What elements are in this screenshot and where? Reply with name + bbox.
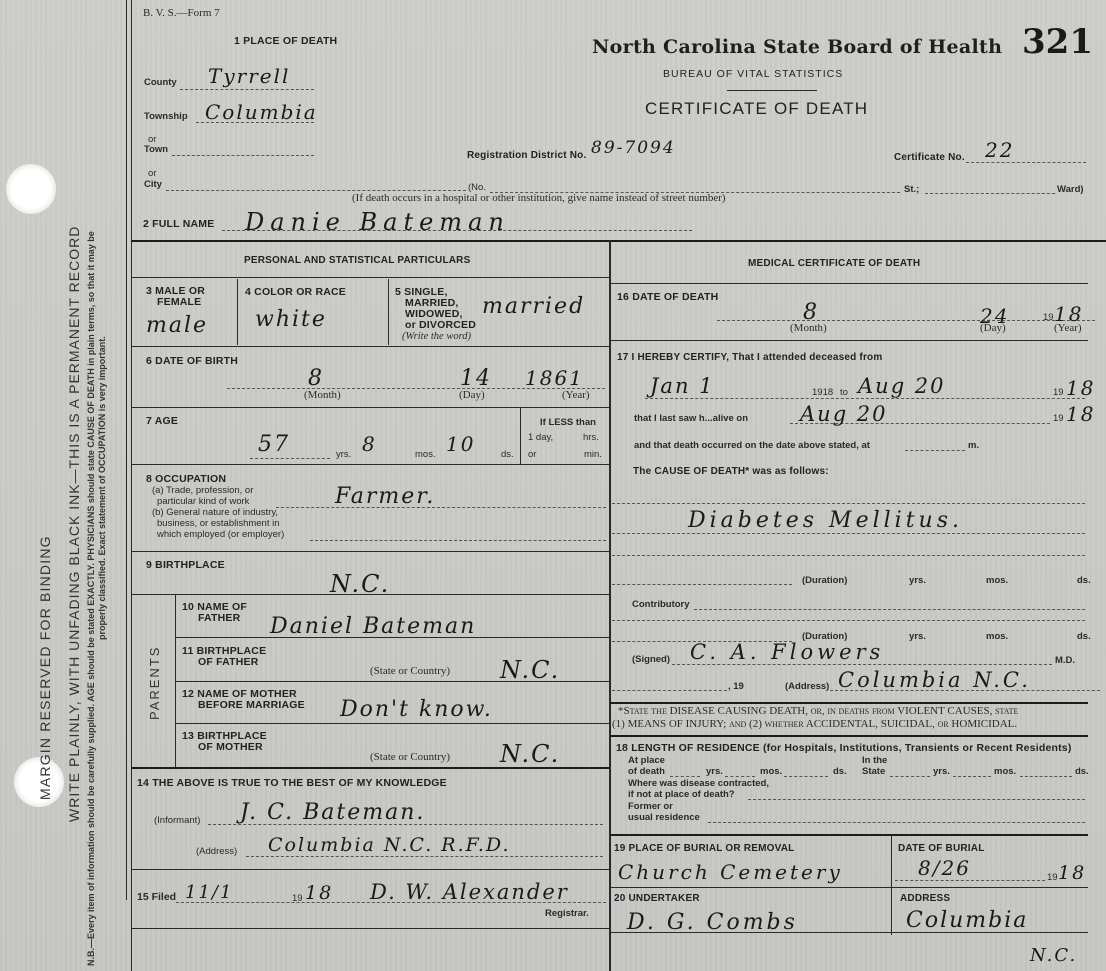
signed-line xyxy=(672,664,1052,665)
full-name-value[interactable]: Danie Bateman xyxy=(245,208,510,236)
duration-line-1 xyxy=(612,584,792,585)
occupation-b1: (b) General nature of industry, xyxy=(152,507,278,518)
ward-line xyxy=(925,193,1055,194)
marital-label-4: or DIVORCED xyxy=(405,319,476,331)
registration-district-value[interactable]: 89-7094 xyxy=(591,138,676,158)
marital-label-5: (Write the word) xyxy=(402,331,471,342)
father-name-value[interactable]: Daniel Bateman xyxy=(270,614,476,639)
at-place-yrs: yrs. xyxy=(706,766,723,777)
state-label: State xyxy=(862,766,885,777)
attended-to-year[interactable]: 18 xyxy=(1066,376,1095,400)
cause-line-3 xyxy=(612,555,1085,556)
parents-label: PARENTS xyxy=(147,646,162,720)
state-ds-line xyxy=(1020,776,1072,777)
write-plainly-text: WRITE PLAINLY, WITH UNFADING BLACK INK—T… xyxy=(66,226,82,822)
burial-date-line xyxy=(895,880,1045,881)
informant-value[interactable]: J. C. Bateman. xyxy=(240,800,425,825)
dod-line xyxy=(717,320,1095,321)
occupation-a2: particular kind of work xyxy=(157,496,249,507)
marital-value[interactable]: married xyxy=(482,294,585,319)
filed-label: 15 Filed xyxy=(137,892,176,903)
residence-label: 18 LENGTH OF RESIDENCE (for Hospitals, I… xyxy=(616,742,1072,754)
dob-day-caption: (Day) xyxy=(459,390,485,401)
informant-address-label: (Address) xyxy=(196,846,237,857)
frame-left-line-2 xyxy=(126,0,127,900)
to-label: to xyxy=(840,387,848,398)
rule-before-certify xyxy=(610,340,1088,341)
dob-year-caption: (Year) xyxy=(562,390,590,401)
undertaker-label: 20 UNDERTAKER xyxy=(614,893,700,905)
informant-address-line xyxy=(246,856,603,857)
cause-line-2 xyxy=(612,533,1085,534)
or-label: or xyxy=(528,449,536,460)
medical-header: MEDICAL CERTIFICATE OF DEATH xyxy=(748,258,920,270)
duration-label-1: (Duration) xyxy=(802,575,847,586)
bureau-label: BUREAU OF VITAL STATISTICS xyxy=(663,68,843,80)
race-value[interactable]: white xyxy=(255,307,327,332)
margin-note-line1: N.B.—Every item of information should be… xyxy=(86,231,96,966)
father-state-caption: (State or Country) xyxy=(370,666,450,677)
dob-year[interactable]: 1861 xyxy=(525,366,584,390)
certificate-no-line xyxy=(966,162,1086,163)
contributory-line-2 xyxy=(612,620,1085,621)
cause-line-1 xyxy=(612,503,1085,504)
filed-year-value[interactable]: 18 xyxy=(305,882,333,904)
less-than-label: If LESS than xyxy=(540,417,596,428)
town-label: Town xyxy=(144,144,168,155)
age-ds-label: ds. xyxy=(501,449,514,460)
st-label: St.; xyxy=(904,184,919,195)
contributory-line xyxy=(694,609,1085,610)
rule-personal-header xyxy=(131,277,609,278)
informant-label: (Informant) xyxy=(154,815,200,826)
occupation-b2: business, or establishment in xyxy=(157,518,280,529)
race-marital-divider xyxy=(388,279,389,345)
birthplace-label: 9 BIRTHPLACE xyxy=(146,559,225,571)
father-birthplace-label-2: OF FATHER xyxy=(198,656,259,668)
rule-father-birthplace xyxy=(176,637,609,638)
personal-header: PERSONAL AND STATISTICAL PARTICULARS xyxy=(244,255,470,267)
sex-value[interactable]: male xyxy=(146,313,208,338)
occupation-a1: (a) Trade, profession, or xyxy=(152,485,253,496)
father-name-label-2: FATHER xyxy=(198,612,240,624)
at-place-mos: mos. xyxy=(760,766,782,777)
last-saw-value[interactable]: Aug 20 xyxy=(800,402,888,426)
state-yrs-line xyxy=(890,776,930,777)
footnote-line1: *State the DISEASE CAUSING DEATH, or, in… xyxy=(618,706,1018,717)
at-place-1: At place xyxy=(628,755,665,766)
cause-value[interactable]: Diabetes Mellitus. xyxy=(688,508,963,533)
county-label: County xyxy=(144,77,177,88)
duration-ds-1: ds. xyxy=(1077,575,1091,586)
city-line xyxy=(166,190,466,191)
medical-address-label: (Address) xyxy=(785,681,829,692)
dod-month-caption: (Month) xyxy=(790,323,827,334)
contracted-line xyxy=(748,799,1085,800)
dob-label: 6 DATE OF BIRTH xyxy=(146,355,238,367)
margin-reserved-text: MARGIN RESERVED FOR BINDING xyxy=(37,535,53,800)
certificate-no-value[interactable]: 22 xyxy=(985,138,1014,162)
age-mos-label: mos. xyxy=(415,449,436,460)
last-saw-year-prefix: 19 xyxy=(1053,413,1064,424)
undertaker-address-value-2[interactable]: N.C. xyxy=(1030,945,1077,966)
state-yrs: yrs. xyxy=(933,766,950,777)
duration-yrs-1: yrs. xyxy=(909,575,926,586)
rule-before-occupation xyxy=(131,464,609,465)
town-line xyxy=(172,155,314,156)
attended-from[interactable]: Jan 1 xyxy=(650,374,715,398)
place-of-death-label: 1 PLACE OF DEATH xyxy=(234,35,337,47)
mother-birthplace-value[interactable]: N.C. xyxy=(500,740,560,768)
burial-divider xyxy=(891,835,892,935)
attended-to[interactable]: Aug 20 xyxy=(858,374,946,398)
column-divider xyxy=(609,240,611,971)
rule-before-footnote xyxy=(610,702,1088,704)
contracted-1: Where was disease contracted, xyxy=(628,778,769,789)
occupation-value[interactable]: Farmer. xyxy=(335,484,435,509)
registrar-label: Registrar. xyxy=(545,908,589,919)
at-place-ds-line xyxy=(784,776,828,777)
rule-mother-name xyxy=(176,681,609,682)
ward-label: Ward) xyxy=(1057,184,1084,195)
undertaker-address-value[interactable]: Columbia xyxy=(906,908,1028,933)
rule-before-residence xyxy=(610,735,1088,737)
age-days[interactable]: 10 xyxy=(446,432,475,456)
burial-year-value[interactable]: 18 xyxy=(1058,862,1086,884)
burial-date-value[interactable]: 8/26 xyxy=(918,856,971,880)
burial-year-prefix: 19 xyxy=(1047,872,1058,883)
dob-day[interactable]: 14 xyxy=(460,366,492,391)
rule-before-informant xyxy=(131,767,609,769)
sex-race-divider xyxy=(237,279,238,345)
rule-before-burial xyxy=(610,834,1088,836)
signed-date-line xyxy=(612,690,727,691)
md-label: M.D. xyxy=(1055,655,1075,666)
at-place-yrs-line xyxy=(670,776,700,777)
at-place-2: of death xyxy=(628,766,665,777)
one-day-label: 1 day, xyxy=(528,432,553,443)
age-months[interactable]: 8 xyxy=(362,432,377,456)
rule-medical-header xyxy=(610,283,1088,284)
death-time-line xyxy=(905,450,965,451)
father-birthplace-value[interactable]: N.C. xyxy=(500,656,560,684)
dod-year-caption: (Year) xyxy=(1054,323,1082,334)
rule-before-age xyxy=(131,407,609,408)
signed-value[interactable]: C. A. Flowers xyxy=(690,640,884,664)
city-label: City xyxy=(144,179,162,190)
death-occurred-label: and that death occurred on the date abov… xyxy=(634,440,870,451)
former-line xyxy=(708,822,1085,823)
certificate-title: CERTIFICATE OF DEATH xyxy=(645,99,868,119)
dod-year-prefix: 19 xyxy=(1043,312,1054,323)
state-ds: ds. xyxy=(1075,766,1089,777)
state-mos-line xyxy=(953,776,991,777)
min-label: min. xyxy=(584,449,602,460)
rule-before-filed xyxy=(131,869,609,870)
board-title: North Carolina State Board of Health xyxy=(592,36,1002,58)
medical-address-value[interactable]: Columbia N.C. xyxy=(838,668,1031,692)
age-less-divider xyxy=(520,408,521,464)
at-place-mos-line xyxy=(725,776,755,777)
contracted-2: if not at place of death? xyxy=(628,789,735,800)
death-certificate: MARGIN RESERVED FOR BINDING WRITE PLAINL… xyxy=(0,0,1106,971)
mother-state-caption: (State or Country) xyxy=(370,752,450,763)
dob-month-caption: (Month) xyxy=(304,390,341,401)
occupation-label: 8 OCCUPATION xyxy=(146,473,226,485)
duration-ds-2: ds. xyxy=(1077,631,1091,642)
registrar-value[interactable]: D. W. Alexander xyxy=(370,880,569,904)
occupation-b3: which employed (or employer) xyxy=(157,529,284,540)
contributory-label: Contributory xyxy=(632,599,690,610)
mother-name-label-2: BEFORE MARRIAGE xyxy=(198,699,305,711)
footnote-line2: (1) MEANS OF INJURY; and (2) whether ACC… xyxy=(612,719,1017,730)
rule-before-dob xyxy=(131,346,609,347)
rule-before-undertaker xyxy=(610,887,1088,888)
dob-month[interactable]: 8 xyxy=(308,366,324,391)
form-id: B. V. S.—Form 7 xyxy=(143,8,220,19)
mother-name-value[interactable]: Don't know. xyxy=(340,697,493,722)
age-label: 7 AGE xyxy=(146,415,178,427)
stamp-number: 321 xyxy=(1022,22,1093,62)
mother-birthplace-label-2: OF MOTHER xyxy=(198,741,263,753)
full-name-label: 2 FULL NAME xyxy=(143,218,214,230)
hrs-label: hrs. xyxy=(583,432,599,443)
at-place-ds: ds. xyxy=(833,766,847,777)
signed-label: (Signed) xyxy=(632,654,670,665)
township-value[interactable]: Columbia xyxy=(205,100,318,124)
rule-mother-birthplace xyxy=(176,723,609,724)
registration-district-label: Registration District No. xyxy=(467,150,586,162)
m-label: m. xyxy=(968,440,979,451)
last-saw-label: that I last saw h...alive on xyxy=(634,413,748,424)
rule-bottom xyxy=(610,932,1088,933)
in-the-label: In the xyxy=(862,755,887,766)
cause-label: The CAUSE OF DEATH* was as follows: xyxy=(633,466,829,478)
hospital-note: (If death occurs in a hospital or other … xyxy=(352,193,726,204)
filed-date-value[interactable]: 11/1 xyxy=(185,882,233,903)
race-label: 4 COLOR OR RACE xyxy=(245,286,346,298)
title-rule xyxy=(727,90,817,91)
sex-label-2: FEMALE xyxy=(157,296,201,308)
undertaker-address-label: ADDRESS xyxy=(900,893,950,905)
occupation-b-line xyxy=(310,540,606,541)
dod-label: 16 DATE OF DEATH xyxy=(617,291,718,303)
certify-label: 17 I HEREBY CERTIFY, That I attended dec… xyxy=(617,352,882,364)
attended-to-year-prefix: 19 xyxy=(1053,387,1064,398)
rule-before-birthplace xyxy=(131,551,609,552)
county-value[interactable]: Tyrrell xyxy=(208,64,290,88)
margin-note-line2: properly classified. Exact statement of … xyxy=(97,336,107,640)
last-saw-year[interactable]: 18 xyxy=(1066,402,1095,426)
burial-place-value[interactable]: Church Cemetery xyxy=(618,860,843,884)
attended-from-year: 1918 xyxy=(812,387,833,398)
filed-year-prefix: 19 xyxy=(292,893,303,904)
rule-under-name xyxy=(131,240,1106,242)
informant-address-value[interactable]: Columbia N.C. R.F.D. xyxy=(268,834,511,856)
binder-hole-top xyxy=(6,164,56,214)
rule-after-filed xyxy=(131,928,609,929)
informant-section-label: 14 THE ABOVE IS TRUE TO THE BEST OF MY K… xyxy=(137,777,447,789)
certificate-no-label: Certificate No. xyxy=(894,152,965,164)
county-line xyxy=(180,89,314,90)
or-label-2: or xyxy=(148,168,156,179)
age-years[interactable]: 57 xyxy=(258,432,290,457)
former-2: usual residence xyxy=(628,812,700,823)
dod-day-caption: (Day) xyxy=(980,323,1006,334)
occupation-a-line xyxy=(276,507,606,508)
age-years-line xyxy=(250,458,330,459)
rule-before-parents xyxy=(131,594,609,595)
burial-date-label: DATE OF BURIAL xyxy=(898,843,985,855)
signed-year-prefix: , 19 xyxy=(728,681,744,692)
state-mos: mos. xyxy=(994,766,1016,777)
former-1: Former or xyxy=(628,801,673,812)
township-label: Township xyxy=(144,111,188,122)
age-yrs-label: yrs. xyxy=(336,449,351,460)
duration-yrs-2: yrs. xyxy=(909,631,926,642)
frame-left-line xyxy=(131,0,132,971)
attended-line xyxy=(645,398,1085,399)
duration-mos-2: mos. xyxy=(986,631,1008,642)
burial-place-label: 19 PLACE OF BURIAL OR REMOVAL xyxy=(614,843,794,855)
duration-mos-1: mos. xyxy=(986,575,1008,586)
